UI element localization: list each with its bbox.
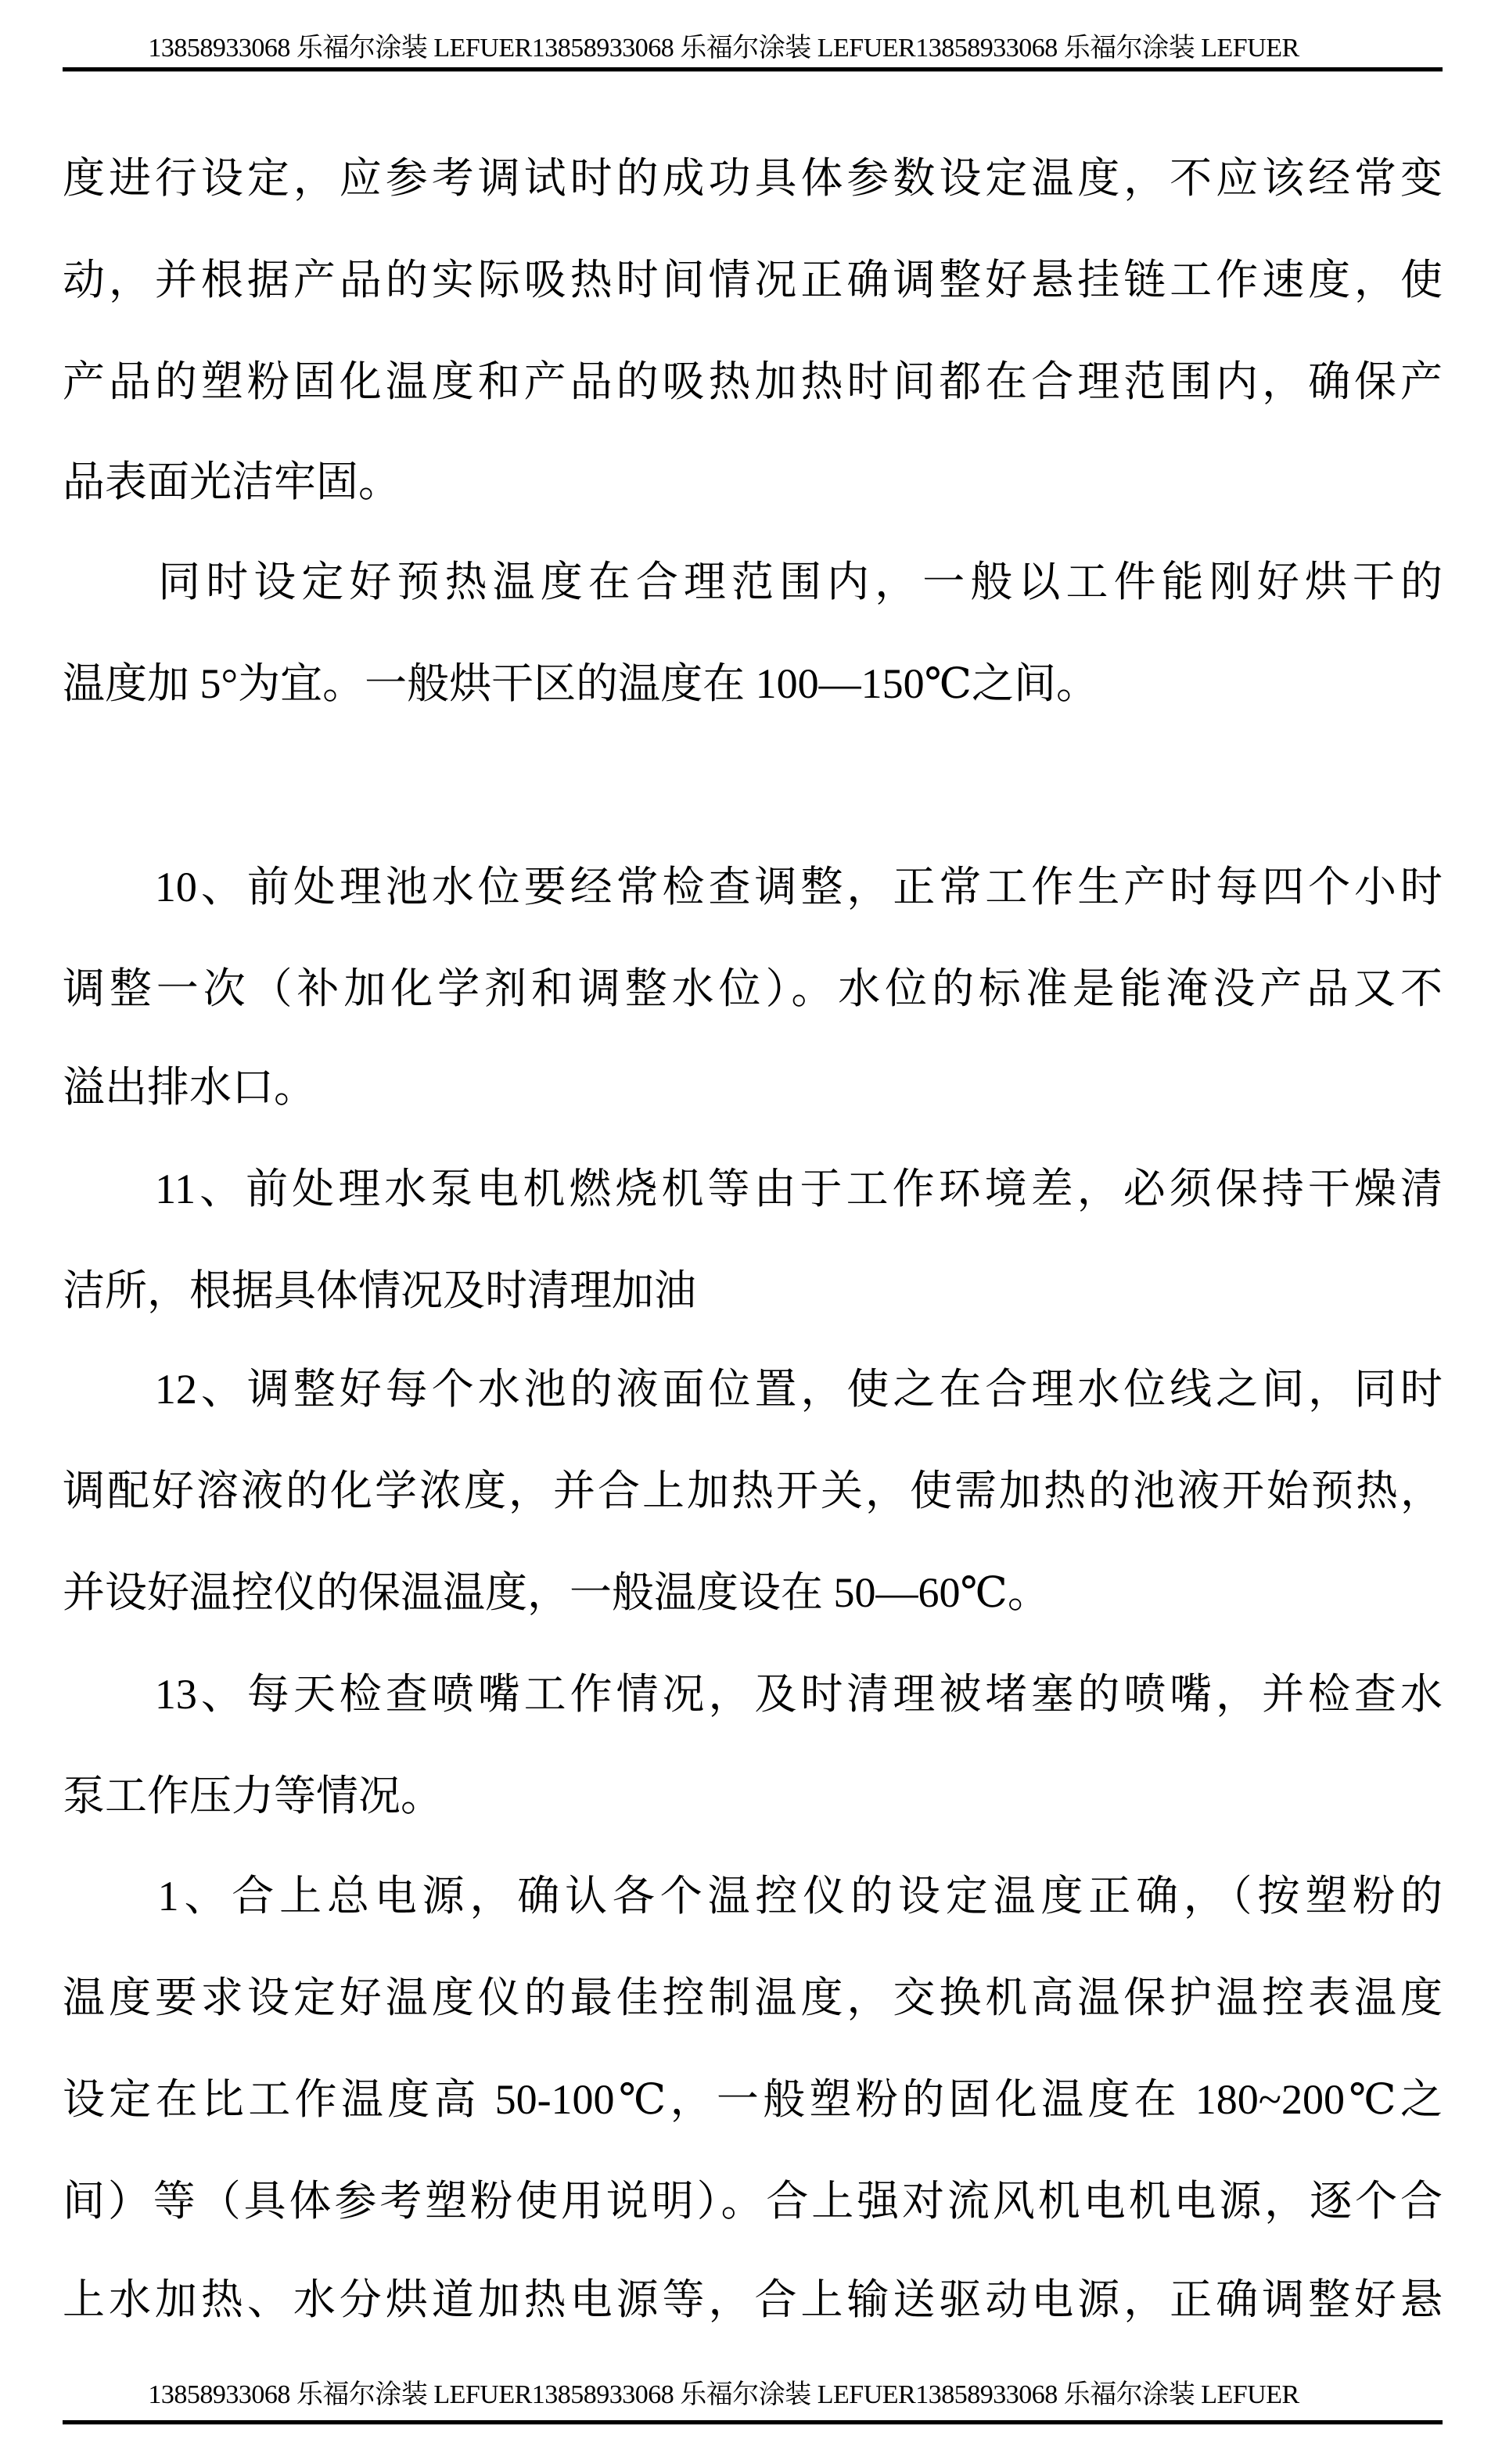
body-line: 1、合上总电源，确认各个温控仪的设定温度正确，（按塑粉的 [63, 1871, 1443, 1921]
body-line: 品表面光洁牢固。 [63, 457, 1443, 507]
body-line: 并设好温控仪的保温温度，一般温度设在 50—60℃。 [63, 1568, 1443, 1618]
footer-rule [63, 2420, 1443, 2425]
body-line: 动，并根据产品的实际吸热时间情况正确调整好悬挂链工作速度，使 [63, 255, 1443, 305]
body-line: 泵工作压力等情况。 [63, 1771, 1443, 1821]
body-line: 设定在比工作温度高 50-100℃，一般塑粉的固化温度在 180~200℃之 [63, 2074, 1443, 2125]
header-rule [63, 67, 1443, 72]
body-line: 上水加热、水分烘道加热电源等，合上输送驱动电源，正确调整好悬 [63, 2275, 1443, 2325]
body-line: 温度加 5°为宜。一般烘干区的温度在 100—150℃之间。 [63, 659, 1443, 709]
body-line: 洁所，根据具体情况及时清理加油 [63, 1266, 1443, 1316]
body-line: 13、每天检查喷嘴工作情况，及时清理被堵塞的喷嘴，并检查水 [63, 1669, 1443, 1719]
page-footer: 13858933068 乐福尔涂装 LEFUER13858933068 乐福尔涂… [63, 2380, 1385, 2411]
page-header: 13858933068 乐福尔涂装 LEFUER13858933068 乐福尔涂… [63, 33, 1385, 64]
body-line: 同时设定好预热温度在合理范围内，一般以工件能刚好烘干的 [63, 557, 1443, 607]
body-line: 调配好溶液的化学浓度，并合上加热开关，使需加热的池液开始预热， [63, 1466, 1443, 1516]
body-line: 间）等（具体参考塑粉使用说明）。合上强对流风机电机电源，逐个合 [63, 2176, 1443, 2226]
body-line: 产品的塑粉固化温度和产品的吸热加热时间都在合理范围内，确保产 [63, 357, 1443, 407]
body-line: 12、调整好每个水池的液面位置，使之在合理水位线之间，同时 [63, 1364, 1443, 1414]
body-line: 调整一次（补加化学剂和调整水位）。水位的标准是能淹没产品又不 [63, 964, 1443, 1014]
body-line: 溢出排水口。 [63, 1062, 1443, 1112]
body-line: 10、前处理池水位要经常检查调整，正常工作生产时每四个小时 [63, 862, 1443, 912]
body-line: 温度要求设定好温度仪的最佳控制温度，交换机高温保护温控表温度 [63, 1973, 1443, 2023]
body-line: 度进行设定，应参考调试时的成功具体参数设定温度，不应该经常变 [63, 153, 1443, 203]
body-line: 11、前处理水泵电机燃烧机等由于工作环境差，必须保持干燥清 [63, 1164, 1443, 1214]
